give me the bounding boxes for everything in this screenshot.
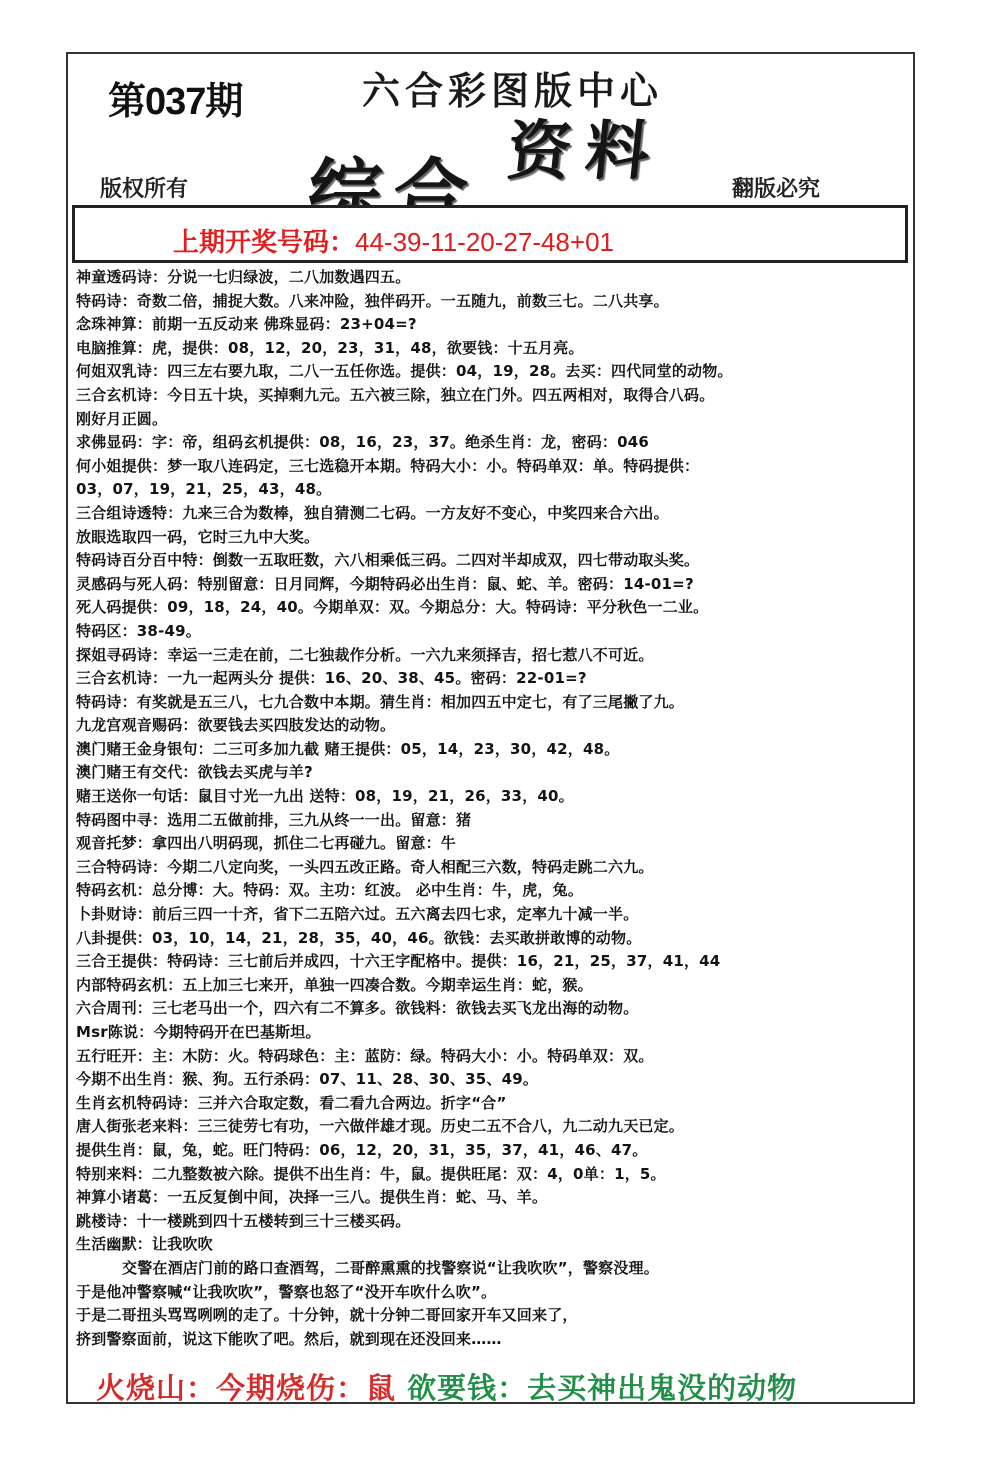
- issue-number: 第037期: [108, 70, 242, 125]
- content-line: 三合玄机诗：一九一起两头分 提供：16、20、38、45。密码：22-01=?: [76, 667, 911, 691]
- content-lines: 神童透码诗：分说一七归绿波，二八加数遇四五。 特码诗：奇数二倍，捕捉大数。八来冲…: [76, 266, 911, 1351]
- content-line: 六合周刊：三七老马出一个，四六有二不算多。欲钱料：欲钱去买飞龙出海的动物。: [76, 997, 911, 1021]
- last-draw-result-box: 上期开奖号码：44-39-11-20-27-48+01: [72, 205, 908, 263]
- content-line: 特码诗：有奖就是五三八，七九合数中本期。猜生肖：相加四五中定七，有了三尾撇了九。: [76, 691, 911, 715]
- content-line: 三合王提供：特码诗：三七前后并成四，十六王字配格中。提供：16，21，25，37…: [76, 950, 911, 974]
- story-line: 于是二哥扭头骂骂咧咧的走了。十分钟，就十分钟二哥回家开车又回来了，: [76, 1304, 911, 1328]
- content-line: 特码图中寻：选用二五做前排，三九从终一一出。留意：猪: [76, 809, 911, 833]
- content-line: 特别来料：二九整数被六除。提供不出生肖：牛，鼠。提供旺尾：双：4，0单：1，5。: [76, 1163, 911, 1187]
- content-line: 求佛显码：字：帝，组码玄机提供：08，16，23，37。绝杀生肖：龙，密码：04…: [76, 431, 911, 455]
- content-line: 特码诗百分百中特：倒数一五取旺数，六八相乘低三码。二四对半却成双，四七带动取头奖…: [76, 549, 911, 573]
- content-line: 念珠神算：前期一五反动来 佛珠显码：23+04=?: [76, 313, 911, 337]
- content-line: Msr陈说：今期特码开在巴基斯坦。: [76, 1021, 911, 1045]
- content-line: 刚好月正圆。: [76, 408, 911, 432]
- content-line: 生活幽默：让我吹吹: [76, 1233, 911, 1257]
- footer-banner: 火烧山：今期烧伤：鼠 欲要钱：去买神出鬼没的动物: [96, 1366, 797, 1407]
- content-line: 特码玄机：总分博：大。特码：双。主功：红波。 必中生肖：牛，虎，兔。: [76, 879, 911, 903]
- content-line: 神童透码诗：分说一七归绿波，二八加数遇四五。: [76, 266, 911, 290]
- content-line: 九龙宫观音赐码：欲要钱去买四肢发达的动物。: [76, 714, 911, 738]
- content-line: 放眼选取四一码，它时三九中大奖。: [76, 526, 911, 550]
- content-line: 提供生肖：鼠，兔，蛇。旺门特码：06，12，20，31，35，37，41，46、…: [76, 1139, 911, 1163]
- content-line: 今期不出生肖：猴、狗。五行杀码：07、11、28、30、35、49。: [76, 1068, 911, 1092]
- last-draw-result: 上期开奖号码：44-39-11-20-27-48+01: [173, 222, 614, 259]
- story-line: 于是他冲警察喊“让我吹吹”，警察也怒了“没开车吹什么吹”。: [76, 1281, 911, 1305]
- copyright-right: 翻版必究: [732, 172, 820, 203]
- content-line: 死人码提供：09，18，24，40。今期单双：双。今期总分：大。特码诗：平分秋色…: [76, 596, 911, 620]
- content-line: 澳门赌王有交代：欲钱去买虎与羊?: [76, 761, 911, 785]
- main-title-part-b: 资料: [503, 100, 669, 192]
- last-draw-label: 上期开奖号码：: [173, 227, 355, 257]
- last-draw-numbers: 44-39-11-20-27-48+01: [355, 227, 614, 257]
- footer-green-text: 欲要钱：去买神出鬼没的动物: [407, 1371, 797, 1405]
- content-line: 电脑推算：虎，提供：08，12，20，23，31，48，欲要钱：十五月亮。: [76, 337, 911, 361]
- content-line: 三合特码诗：今期二八定向奖，一头四五改正路。奇人相配三六数，特码走跳二六九。: [76, 856, 911, 880]
- content-line: 灵感码与死人码：特别留意：日月同辉，今期特码必出生肖：鼠、蛇、羊。密码：14-0…: [76, 573, 911, 597]
- content-line: 观音托梦：拿四出八明码现，抓住二七再碰九。留意：牛: [76, 832, 911, 856]
- content-line: 唐人街张老来料：三三徒劳七有功，一六做伴雄才现。历史二五不合八，九二动九天已定。: [76, 1115, 911, 1139]
- content-line: 五行旺开：主：木防：火。特码球色：主：蓝防：绿。特码大小：小。特码单双：双。: [76, 1045, 911, 1069]
- content-line: 03，07，19，21，25，43，48。: [76, 478, 911, 502]
- content-line: 跳楼诗：十一楼跳到四十五楼转到三十三楼买码。: [76, 1210, 911, 1234]
- story-line: 挤到警察面前，说这下能吹了吧。然后，就到现在还没回来……: [76, 1328, 911, 1352]
- content-line: 特码诗：奇数二倍，捕捉大数。八来冲险，独伴码开。一五随九，前数三七。二八共享。: [76, 290, 911, 314]
- content-line: 探姐寻码诗：幸运一三走在前，二七独裁作分析。一六九来须择吉，招七惹八不可近。: [76, 644, 911, 668]
- content-line: 神算小诸葛：一五反复倒中间，决择一三八。提供生肖：蛇、马、羊。: [76, 1186, 911, 1210]
- footer-red-text: 火烧山：今期烧伤：鼠: [96, 1371, 396, 1405]
- content-line: 何姐双乳诗：四三左右要九取，二八一五任你选。提供：04，19，28。去买：四代同…: [76, 360, 911, 384]
- copyright-left: 版权所有: [100, 172, 188, 203]
- content-line: 赌王送你一句话：鼠目寸光一九出 送特：08，19，21，26，33，40。: [76, 785, 911, 809]
- content-line: 三合玄机诗：今日五十块，买掉剩九元。五六被三除，独立在门外。四五两相对，取得合八…: [76, 384, 911, 408]
- content-line: 三合组诗透特：九来三合为数棒，独自猜测二七码。一方友好不变心，中奖四来合六出。: [76, 502, 911, 526]
- content-line: 生肖玄机特码诗：三并六合取定数，看二看九合两边。折字“合”: [76, 1092, 911, 1116]
- story-line: 交警在酒店门前的路口查酒驾，二哥醉熏熏的找警察说“让我吹吹”，警察没理。: [76, 1257, 911, 1281]
- content-line: 特码区：38-49。: [76, 620, 911, 644]
- content-line: 卜卦财诗：前后三四一十齐，省下二五陪六过。五六离去四七求，定率九十减一半。: [76, 903, 911, 927]
- content-line: 内部特码玄机：五上加三七来开，单独一四凑合数。今期幸运生肖：蛇，猴。: [76, 974, 911, 998]
- content-line: 何小姐提供：梦一取八连码定，三七选稳开本期。特码大小：小。特码单双：单。特码提供…: [76, 455, 911, 479]
- content-line: 八卦提供：03，10，14，21，28，35，40，46。欲钱：去买敢拼敢博的动…: [76, 927, 911, 951]
- content-line: 澳门赌王金身银句：二三可多加九截 赌王提供：05，14，23，30，42，48。: [76, 738, 911, 762]
